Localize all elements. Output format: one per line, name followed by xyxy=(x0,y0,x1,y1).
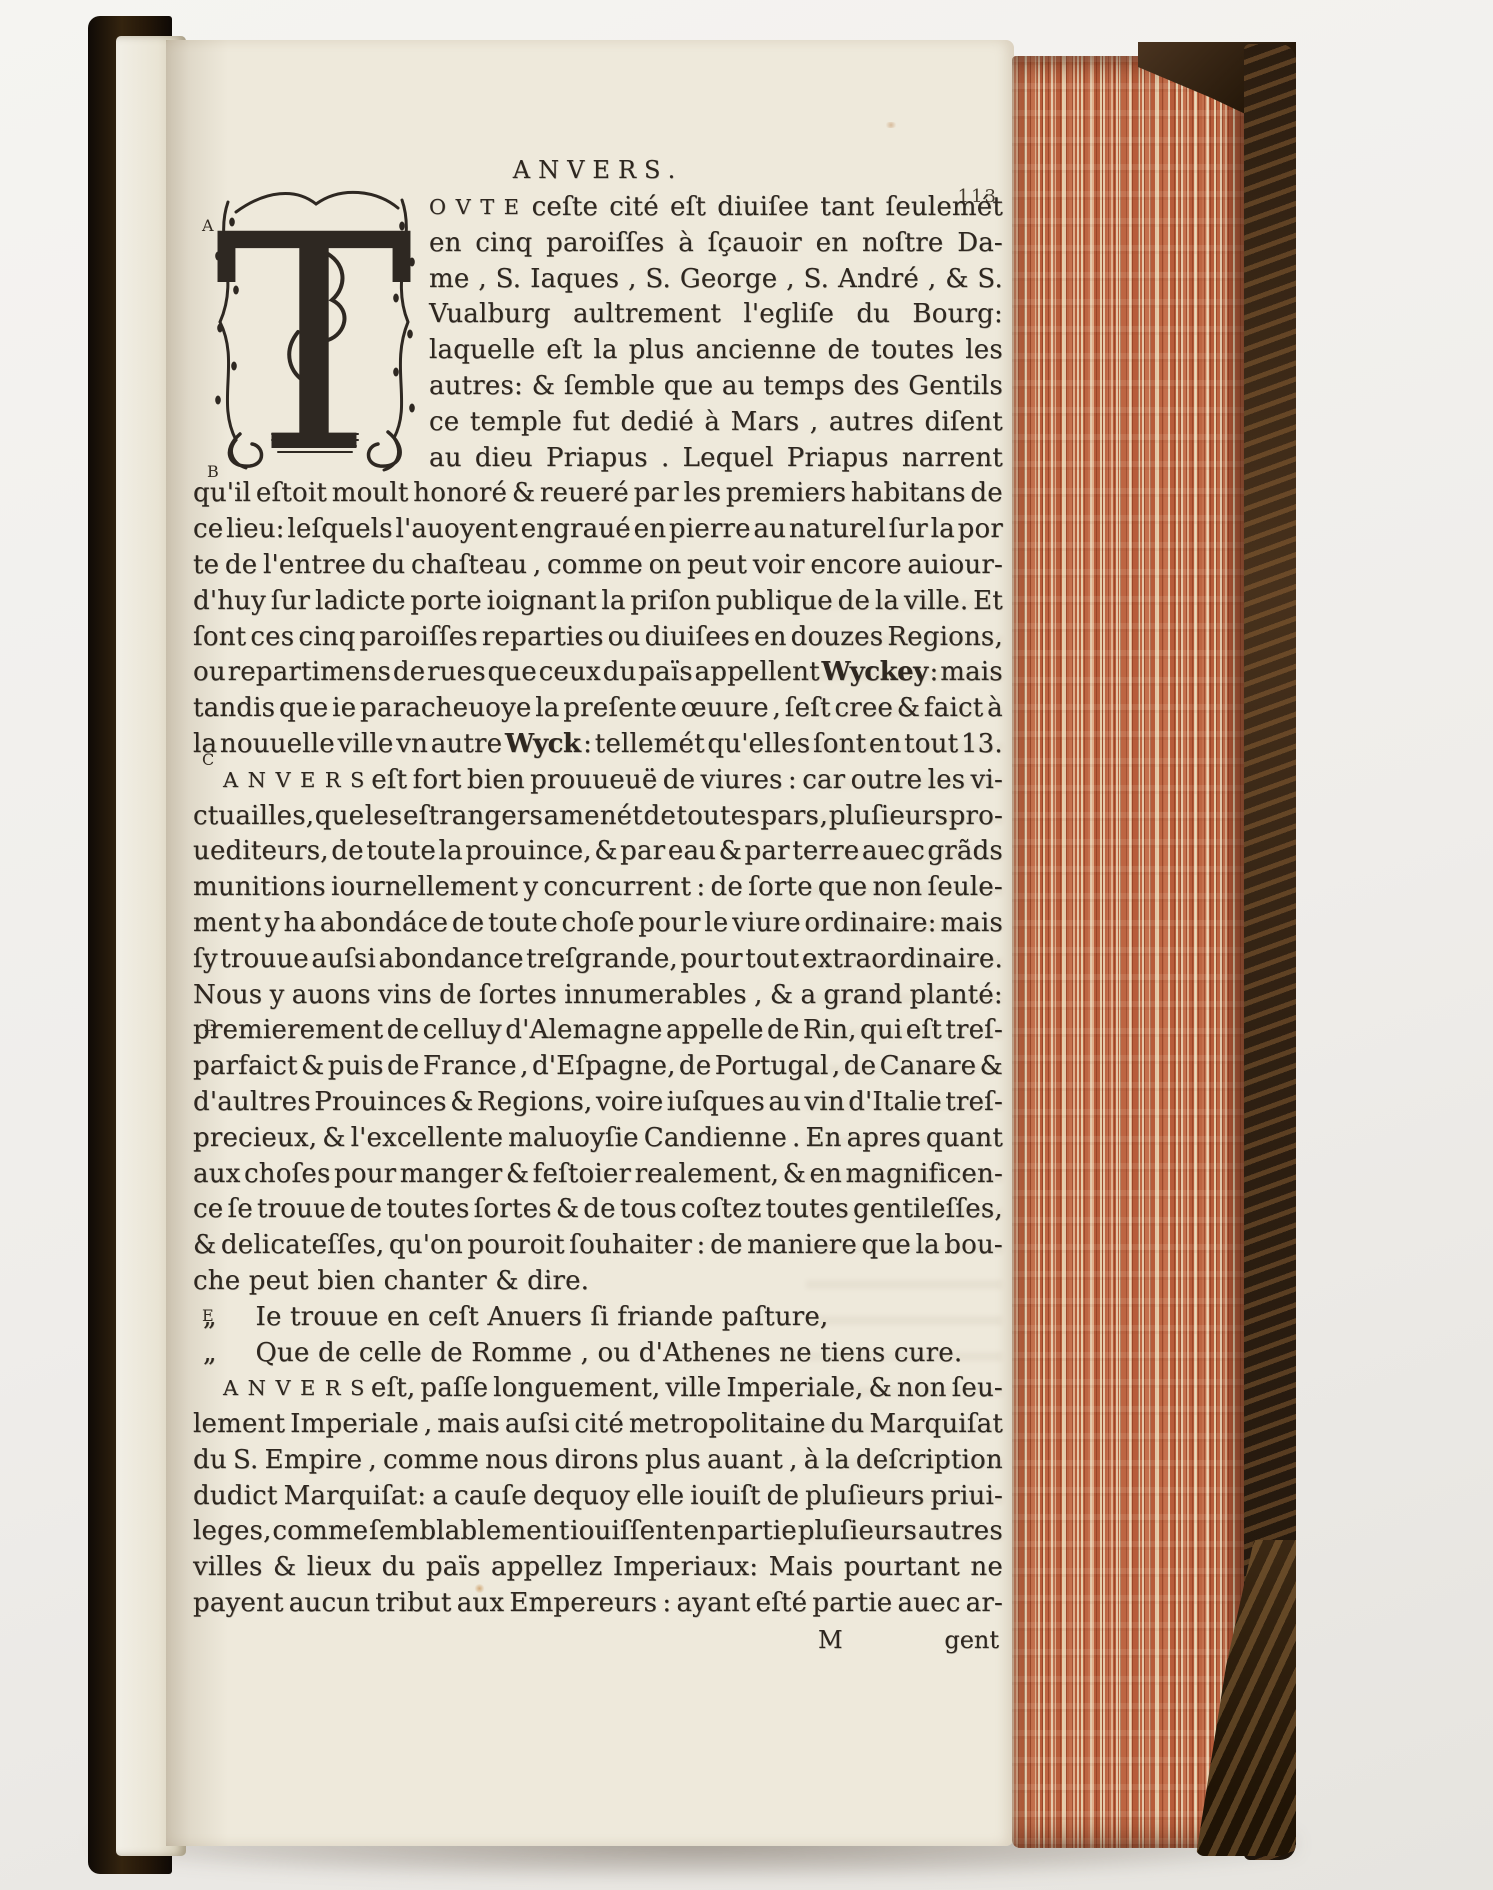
text-line: qu'ileſtoitmoulthonoré&reueréparlespremi… xyxy=(193,476,1003,512)
text-line: auxchoſespourmanger&feſtoierrealement,&e… xyxy=(193,1157,1003,1193)
signature-mark: M xyxy=(818,1626,843,1654)
text-line: Vualburgaultrementl'egliſeduBourg: xyxy=(429,297,1003,333)
text-line: „ Ie trouue en ceſt Anuers ſi friande pa… xyxy=(203,1300,1003,1336)
text-line: parfaict&puisdeFrance,d'Eſpagne,dePortug… xyxy=(193,1049,1003,1085)
text-line: &delicateſſes,qu'onpouroitſouhaiter:dema… xyxy=(193,1228,1003,1264)
text-line: payentaucuntributauxEmpereurs:ayanteſtép… xyxy=(193,1586,1003,1622)
text-line: lementImperiale,maisauſsicitémetropolita… xyxy=(193,1407,1003,1443)
text-line: che peut bien chanter & dire. xyxy=(193,1264,1003,1300)
text-line: munitionsiournellementyconcurrent:deſort… xyxy=(193,870,1003,906)
text-line: leges,commeſemblablementiouiſſentenparti… xyxy=(193,1514,1003,1550)
signature-line: M gent xyxy=(193,1626,1003,1662)
text-line: precieux,&l'excellentemaluoyſieCandienne… xyxy=(193,1121,1003,1157)
running-title: ANVERS. xyxy=(193,156,1003,184)
book-photo: ANVERS. 113 A B C D E xyxy=(0,0,1493,1890)
fore-edge-sprinkled-red xyxy=(1012,56,1244,1848)
text-line: dudictMarquiſat:acauſedequoyelleiouiſtde… xyxy=(193,1479,1003,1515)
text-line: duS.Empire,commenousdironsplusauant,àlad… xyxy=(193,1443,1003,1479)
body-lines: O V T Eceſtecitéeſtdiuiſeetantſeuleméten… xyxy=(193,190,1003,1622)
text-line: uediteurs,detoutelaprouince,&pareau&part… xyxy=(193,834,1003,870)
text-line: d'aultresProuinces&Regions,voireiuſquesa… xyxy=(193,1085,1003,1121)
text-line: d'huyſurladicteporteioignantlapriſonpubl… xyxy=(193,584,1003,620)
text-line: A N V E R Seſtfortbienprouueuëdeviures:c… xyxy=(223,763,1003,799)
text-line: me,S.Iaques,S.George,S.André,&S. xyxy=(429,262,1003,298)
book-page: ANVERS. 113 A B C D E xyxy=(166,40,1014,1846)
paper-stain xyxy=(884,122,898,128)
text-line: ctuailles,queleseſtrangersamenétdetoutes… xyxy=(193,799,1003,835)
text-line: premierementdecelluyd'AlemagneappelledeR… xyxy=(193,1013,1003,1049)
text-line: autres:&ſemblequeautempsdesGentils xyxy=(429,369,1003,405)
text-line: mentyhaabondácedetoutechoſepourleviureor… xyxy=(193,906,1003,942)
text-line: Nousyauonsvinsdeſortesinnumerables,&agra… xyxy=(193,978,1003,1014)
text-line: villes&lieuxdupaïsappellezImperiaux:Mais… xyxy=(193,1550,1003,1586)
text-line: cetemplefutdediéàMars,autresdiſent xyxy=(429,405,1003,441)
text-line: tedel'entreeduchaſteau,commeonpeutvoiren… xyxy=(193,548,1003,584)
text-line: A N V E R Seſt,paſſelonguement,villeImpe… xyxy=(223,1371,1003,1407)
text-line: ſontcescinqparoiſſesrepartiesoudiuiſeese… xyxy=(193,620,1003,656)
text-line: celieu:leſquelsl'auoyentengrauéenpierrea… xyxy=(193,512,1003,548)
text-line: ceſetrouuedetoutesſortes&detouscoſteztou… xyxy=(193,1192,1003,1228)
text-line: audieuPriapus.LequelPriapusnarrent xyxy=(429,441,1003,477)
text-line: ourepartimensderuesqueceuxdupaïsappellen… xyxy=(193,655,1003,691)
text-line: O V T Eceſtecitéeſtdiuiſeetantſeulemét xyxy=(429,190,1003,226)
text-line: tandisqueieparacheuoyelapreſenteœuure,ſe… xyxy=(193,691,1003,727)
text-line: lanouuellevillevnautreWyck:tellemétqu'el… xyxy=(193,727,1003,763)
catchword: gent xyxy=(944,1626,999,1654)
text-line: „ Que de celle de Romme , ou d'Athenes n… xyxy=(203,1336,1003,1372)
text-line: encinqparoiſſesàſçauoirennoſtreDa- xyxy=(429,226,1003,262)
text-line: ſytrouueauſsiabondancetreſgrande,pourtou… xyxy=(193,942,1003,978)
text-line: laquelleeſtlaplusanciennedetoutesles xyxy=(429,333,1003,369)
